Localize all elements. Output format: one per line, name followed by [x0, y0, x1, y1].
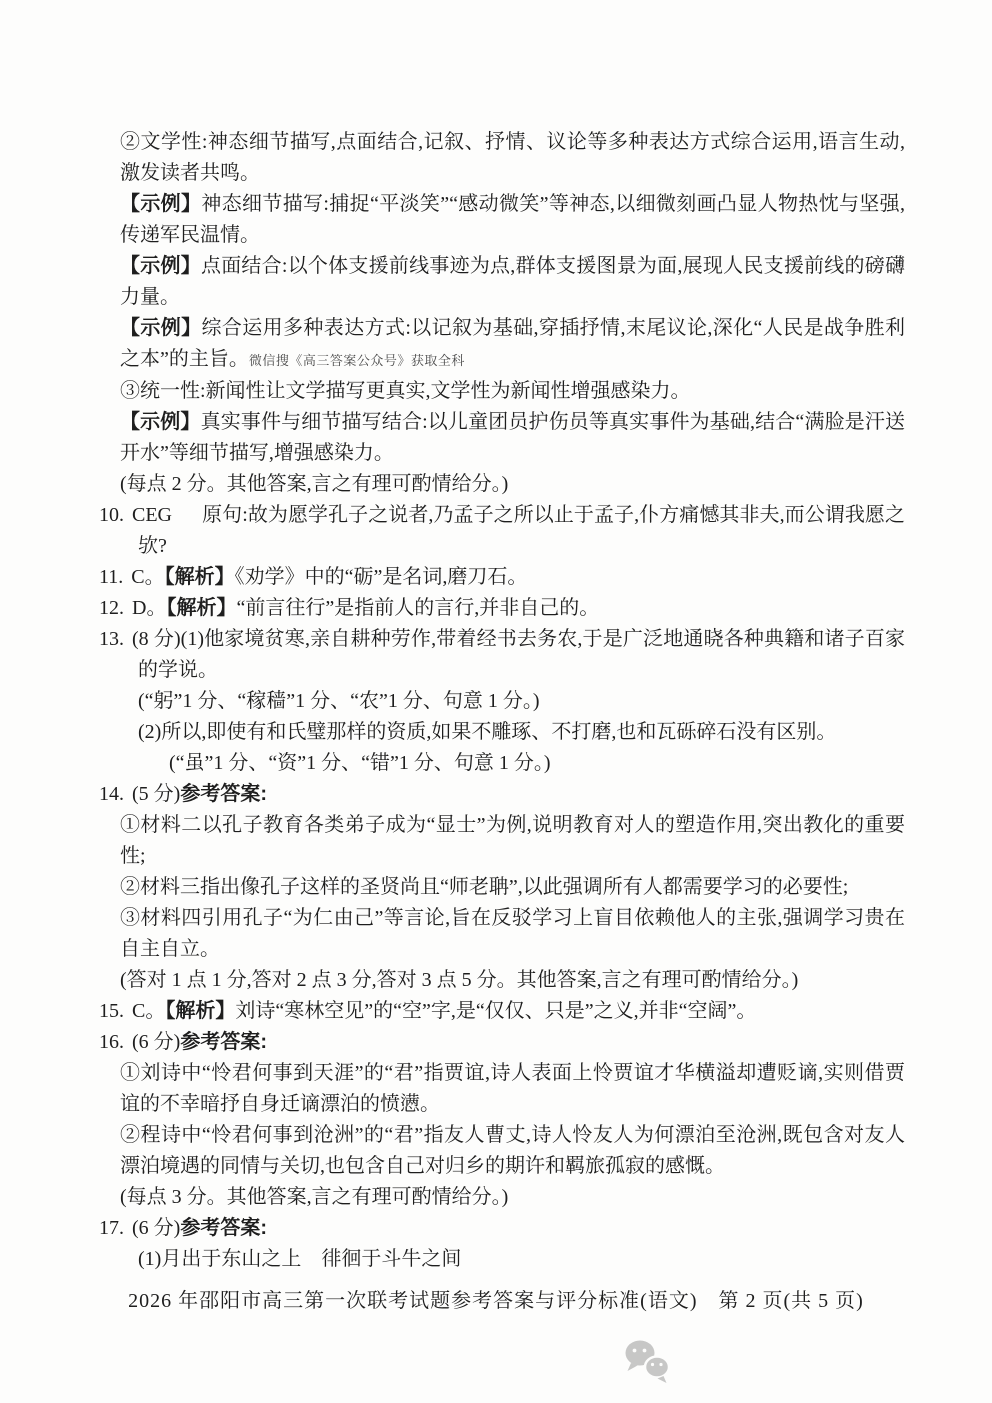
- analysis-label: 【解析】: [165, 1000, 235, 1022]
- q13-score: (8 分): [132, 628, 181, 650]
- scoring-note-text: (“躬”1 分、“稼穑”1 分、“农”1 分、句意 1 分。): [138, 690, 540, 712]
- q13-note-1: (“躬”1 分、“稼穑”1 分、“农”1 分、句意 1 分。): [138, 686, 905, 717]
- q17-score: (6 分): [132, 1217, 180, 1239]
- q13-note-2: (“虽”1 分、“资”1 分、“错”1 分、句意 1 分。): [169, 748, 905, 779]
- q14-point-3: ③材料四引用孔子“为仁由己”等言论,旨在反驳学习上盲目依赖他人的主张,强调学习贵…: [120, 903, 905, 965]
- reference-answer-label: 参考答案:: [180, 783, 267, 805]
- q10-original-sentence-label: 原句:: [202, 504, 248, 526]
- q14-scoring-note: (答对 1 点 1 分,答对 2 点 3 分,答对 3 点 5 分。其他答案,言…: [120, 965, 905, 996]
- q9-example-2: 【示例】点面结合:以个体支援前线事迹为点,群体支援图景为面,展现人民支援前线的磅…: [120, 251, 905, 313]
- q15-answer-letter: C。: [132, 1000, 165, 1022]
- answer-q14: 14.(5 分)参考答案:: [99, 779, 905, 810]
- answer-q12: 12.D。【解析】“前言往行”是指前人的言行,并非自己的。: [99, 593, 905, 624]
- q9-example-4-text: 真实事件与细节描写结合:以儿童团员护伤员等真实事件为基础,结合“满脸是汗送开水”…: [120, 411, 905, 464]
- q9-scoring-note: (每点 2 分。其他答案,言之有理可酌情给分。): [120, 469, 905, 500]
- q9-example-1-text: 神态细节描写:捕捉“平淡笑”“感动微笑”等神态,以细微刻画凸显人物热忱与坚强,传…: [120, 193, 905, 246]
- scoring-note-text: (答对 1 点 1 分,答对 2 点 3 分,答对 3 点 5 分。其他答案,言…: [120, 969, 798, 991]
- q17-line-1: (1)月出于东山之上 徘徊于斗牛之间: [138, 1244, 905, 1275]
- answer-q11: 11.C。【解析】《劝学》中的“砺”是名词,磨刀石。: [99, 562, 905, 593]
- reference-answer-label: 参考答案:: [180, 1217, 267, 1239]
- q13-translation-1: (1)他家境贫寒,亲自耕种劳作,带着经书去务农,于是广泛地通晓各种典籍和诸子百家…: [138, 628, 905, 681]
- q14-score: (5 分): [132, 783, 180, 805]
- q16-point-2-text: ②程诗中“怜君何事到沧洲”的“君”指友人曹丈,诗人怜友人为何漂泊至沧洲,既包含对…: [120, 1124, 905, 1177]
- q15-analysis-text: 刘诗“寒林空见”的“空”字,是“仅仅、只是”之义,并非“空阔”。: [235, 1000, 756, 1022]
- q17-dictation-answer: (1)月出于东山之上 徘徊于斗牛之间: [138, 1248, 461, 1270]
- q9-example-3: 【示例】综合运用多种表达方式:以记叙为基础,穿插抒情,末尾议论,深化“人民是战争…: [120, 313, 905, 376]
- question-number: 14.: [99, 783, 124, 805]
- q10-answer-letters: CEG: [132, 504, 172, 526]
- scoring-note-text: (“虽”1 分、“资”1 分、“错”1 分、句意 1 分。): [169, 752, 551, 774]
- q12-answer-letter: D。: [132, 597, 166, 619]
- question-number: 13.: [99, 628, 124, 650]
- scoring-note-text: (每点 2 分。其他答案,言之有理可酌情给分。): [120, 473, 508, 495]
- question-number: 10.: [99, 504, 124, 526]
- q14-point-2: ②材料三指出像孔子这样的圣贤尚且“师老聃”,以此强调所有人都需要学习的必要性;: [120, 872, 905, 903]
- q16-point-2: ②程诗中“怜君何事到沧洲”的“君”指友人曹丈,诗人怜友人为何漂泊至沧洲,既包含对…: [120, 1120, 905, 1182]
- example-label: 【示例】: [120, 255, 201, 277]
- q16-score: (6 分): [132, 1031, 180, 1053]
- q10-original-sentence: 故为愿学孔子之说者,乃孟子之所以止于孟子,仆方痛憾其非夫,而公谓我愿之欤?: [138, 504, 905, 557]
- wechat-icon: [620, 1338, 674, 1394]
- q13-translation-2: (2)所以,即使有和氏璧那样的资质,如果不雕琢、不打磨,也和瓦砾碎石没有区别。: [138, 717, 905, 748]
- question-number: 16.: [99, 1031, 124, 1053]
- q9-point3-text: ③统一性:新闻性让文学描写更真实,文学性为新闻性增强感染力。: [120, 380, 691, 402]
- page-content: ②文学性:神态细节描写,点面结合,记叙、抒情、议论等多种表达方式综合运用,语言生…: [99, 127, 905, 1275]
- reference-answer-label: 参考答案:: [180, 1031, 267, 1053]
- answer-sheet-page: ②文学性:神态细节描写,点面结合,记叙、抒情、议论等多种表达方式综合运用,语言生…: [0, 0, 992, 1403]
- footer-text: 2026 年邵阳市高三第一次联考试题参考答案与评分标准(语文) 第 2 页(共 …: [128, 1290, 864, 1312]
- answer-q13: 13.(8 分)(1)他家境贫寒,亲自耕种劳作,带着经书去务农,于是广泛地通晓各…: [99, 624, 905, 686]
- answer-q16: 16.(6 分)参考答案:: [99, 1027, 905, 1058]
- page-footer: 2026 年邵阳市高三第一次联考试题参考答案与评分标准(语文) 第 2 页(共 …: [0, 1286, 992, 1317]
- q14-point-2-text: ②材料三指出像孔子这样的圣贤尚且“师老聃”,以此强调所有人都需要学习的必要性;: [120, 876, 848, 898]
- scoring-note-text: (每点 3 分。其他答案,言之有理可酌情给分。): [120, 1186, 508, 1208]
- question-number: 17.: [99, 1217, 124, 1239]
- analysis-label: 【解析】: [166, 597, 236, 619]
- q14-point-1: ①材料二以孔子教育各类弟子成为“显士”为例,说明教育对人的塑造作用,突出教化的重…: [120, 810, 905, 872]
- question-number: 15.: [99, 1000, 124, 1022]
- q16-point-1-text: ①刘诗中“怜君何事到天涯”的“君”指贾谊,诗人表面上怜贾谊才华横溢却遭贬谪,实则…: [120, 1062, 905, 1115]
- answer-q10: 10.CEG原句:故为愿学孔子之说者,乃孟子之所以止于孟子,仆方痛憾其非夫,而公…: [99, 500, 905, 562]
- q14-point-1-text: ①材料二以孔子教育各类弟子成为“显士”为例,说明教育对人的塑造作用,突出教化的重…: [120, 814, 905, 867]
- question-number: 12.: [99, 597, 124, 619]
- q9-example-2-text: 点面结合:以个体支援前线事迹为点,群体支援图景为面,展现人民支援前线的磅礴力量。: [120, 255, 905, 308]
- example-label: 【示例】: [120, 317, 202, 339]
- q9-point2-text: ②文学性:神态细节描写,点面结合,记叙、抒情、议论等多种表达方式综合运用,语言生…: [120, 131, 905, 184]
- q16-scoring-note: (每点 3 分。其他答案,言之有理可酌情给分。): [120, 1182, 905, 1213]
- q11-answer-letter: C。: [131, 566, 164, 588]
- q9-point3-unity: ③统一性:新闻性让文学描写更真实,文学性为新闻性增强感染力。: [120, 376, 905, 407]
- q12-analysis-text: “前言往行”是指前人的言行,并非自己的。: [236, 597, 599, 619]
- q13-translation-2-text: (2)所以,即使有和氏璧那样的资质,如果不雕琢、不打磨,也和瓦砾碎石没有区别。: [138, 721, 836, 743]
- example-label: 【示例】: [120, 411, 201, 433]
- question-number: 11.: [99, 566, 123, 588]
- q9-example-3-text: 综合运用多种表达方式:以记叙为基础,穿插抒情,末尾议论,深化“人民是战争胜利之本…: [120, 317, 905, 370]
- answer-q17: 17.(6 分)参考答案:: [99, 1213, 905, 1244]
- analysis-label: 【解析】: [165, 566, 235, 588]
- q9-point2-literariness: ②文学性:神态细节描写,点面结合,记叙、抒情、议论等多种表达方式综合运用,语言生…: [120, 127, 905, 189]
- q14-point-3-text: ③材料四引用孔子“为仁由己”等言论,旨在反驳学习上盲目依赖他人的主张,强调学习贵…: [120, 907, 905, 960]
- wechat-watermark-text: 微信搜《高三答案公众号》获取全科: [249, 353, 465, 368]
- answer-q15: 15.C。【解析】刘诗“寒林空见”的“空”字,是“仅仅、只是”之义,并非“空阔”…: [99, 996, 905, 1027]
- q16-point-1: ①刘诗中“怜君何事到天涯”的“君”指贾谊,诗人表面上怜贾谊才华横溢却遭贬谪,实则…: [120, 1058, 905, 1120]
- q11-analysis-text: 《劝学》中的“砺”是名词,磨刀石。: [235, 566, 528, 588]
- example-label: 【示例】: [120, 193, 201, 215]
- q9-example-4: 【示例】真实事件与细节描写结合:以儿童团员护伤员等真实事件为基础,结合“满脸是汗…: [120, 407, 905, 469]
- q9-example-1: 【示例】神态细节描写:捕捉“平淡笑”“感动微笑”等神态,以细微刻画凸显人物热忱与…: [120, 189, 905, 251]
